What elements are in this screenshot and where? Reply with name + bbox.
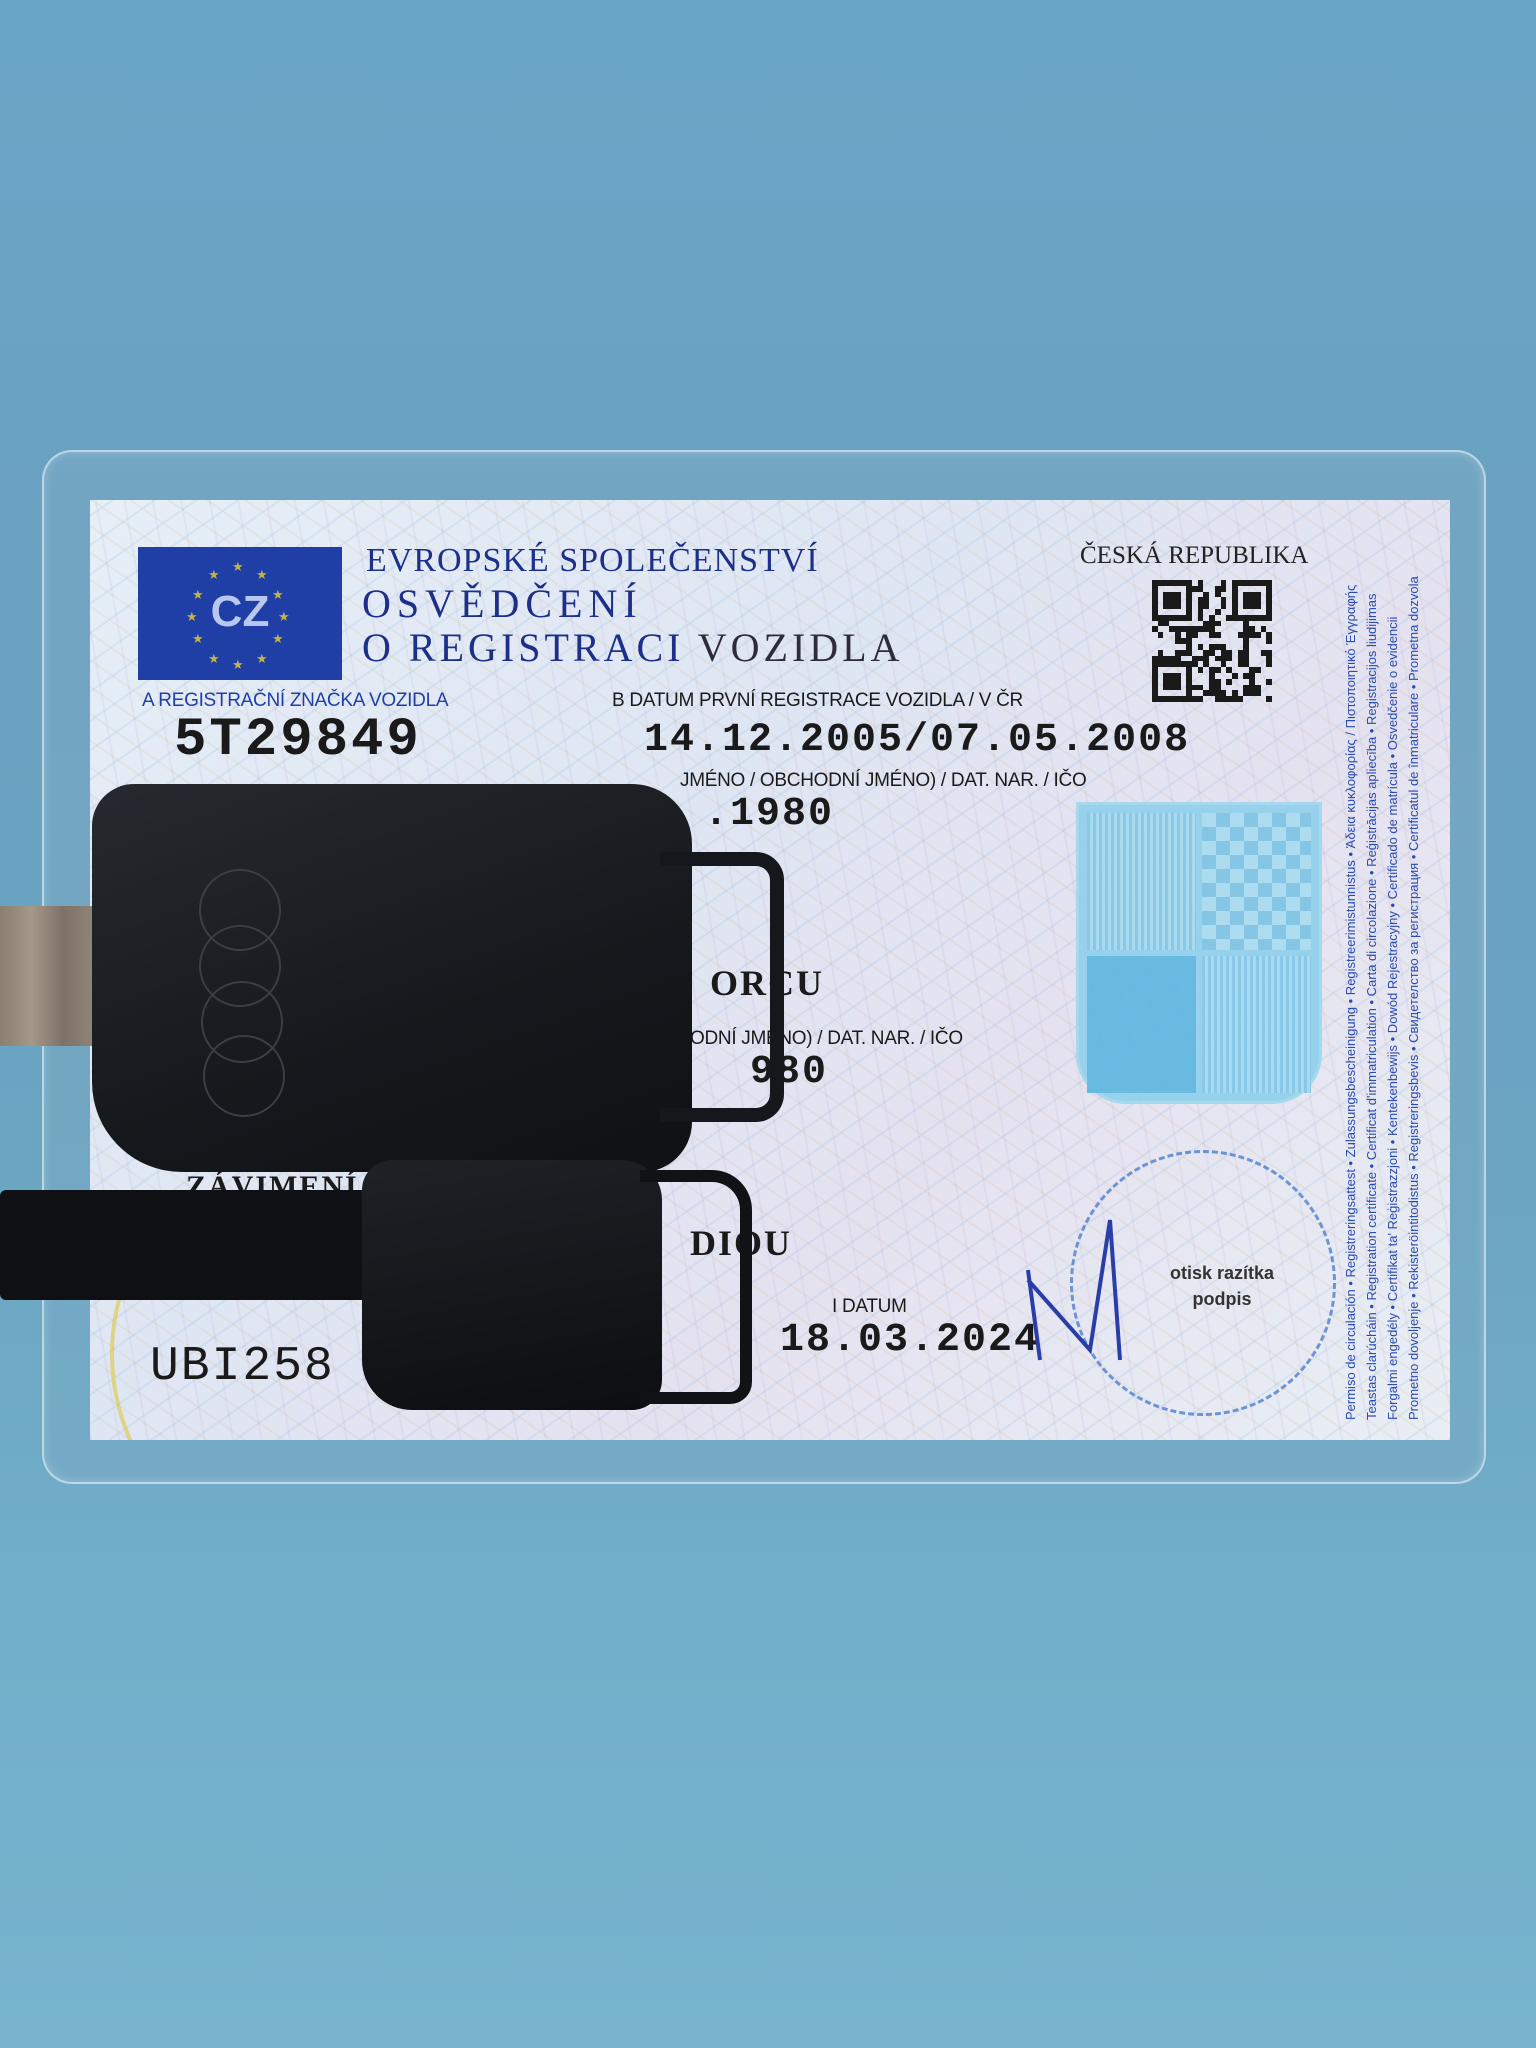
moravian-eagle-quarter — [1202, 813, 1311, 950]
issue-date: 18.03.2024 — [780, 1318, 1040, 1363]
header-line-1: EVROPSKÉ SPOLEČENSTVÍ — [366, 542, 819, 580]
header-line-3: O REGISTRACI VOZIDLA — [362, 624, 903, 671]
eu-flag-icon: ★ ★ ★ ★ ★ ★ ★ ★ ★ ★ ★ ★ CZ — [138, 547, 342, 680]
header-line-3b: VOZIDLA — [698, 625, 904, 670]
lion-quarter-2 — [1202, 956, 1311, 1093]
audi-key-fob — [92, 784, 692, 1172]
multilingual-side-text: Permiso de circulación • Registreringsat… — [1340, 540, 1450, 1420]
signature-icon — [1020, 1200, 1160, 1380]
registration-plate-value: 5T29849 — [174, 710, 422, 771]
second-key-head — [362, 1160, 662, 1410]
silesian-eagle-quarter — [1087, 956, 1196, 1093]
coat-of-arms-icon — [1076, 802, 1322, 1104]
country-code: CZ — [138, 587, 342, 637]
country-name: ČESKÁ REPUBLIKA — [1080, 542, 1309, 570]
audi-rings-icon — [188, 858, 298, 1128]
field-c1-label: JMÉNO / OBCHODNÍ JMÉNO) / DAT. NAR. / IČ… — [680, 770, 1086, 792]
field-c1-value: .1980 — [704, 792, 834, 837]
second-key-loop — [640, 1170, 752, 1404]
stamp-signature-label: otisk razítka podpis — [1170, 1260, 1274, 1312]
header-line-3a: O REGISTRACI — [362, 625, 684, 670]
lion-quarter — [1087, 813, 1196, 950]
key-blade-metal — [0, 906, 105, 1046]
header-line-2: OSVĚDČENÍ — [362, 580, 643, 627]
key-ring-loop — [660, 852, 784, 1122]
first-registration-date: 14.12.2005/07.05.2008 — [644, 718, 1190, 763]
qr-code-icon — [1152, 580, 1272, 702]
document-serial: UBI258 — [150, 1340, 335, 1394]
folding-key-blade — [0, 1190, 400, 1300]
field-a-label: A REGISTRAČNÍ ZNAČKA VOZIDLA — [142, 690, 448, 712]
field-b-label: B DATUM PRVNÍ REGISTRACE VOZIDLA / V ČR — [612, 690, 1023, 712]
field-i-label: I DATUM — [832, 1296, 907, 1318]
